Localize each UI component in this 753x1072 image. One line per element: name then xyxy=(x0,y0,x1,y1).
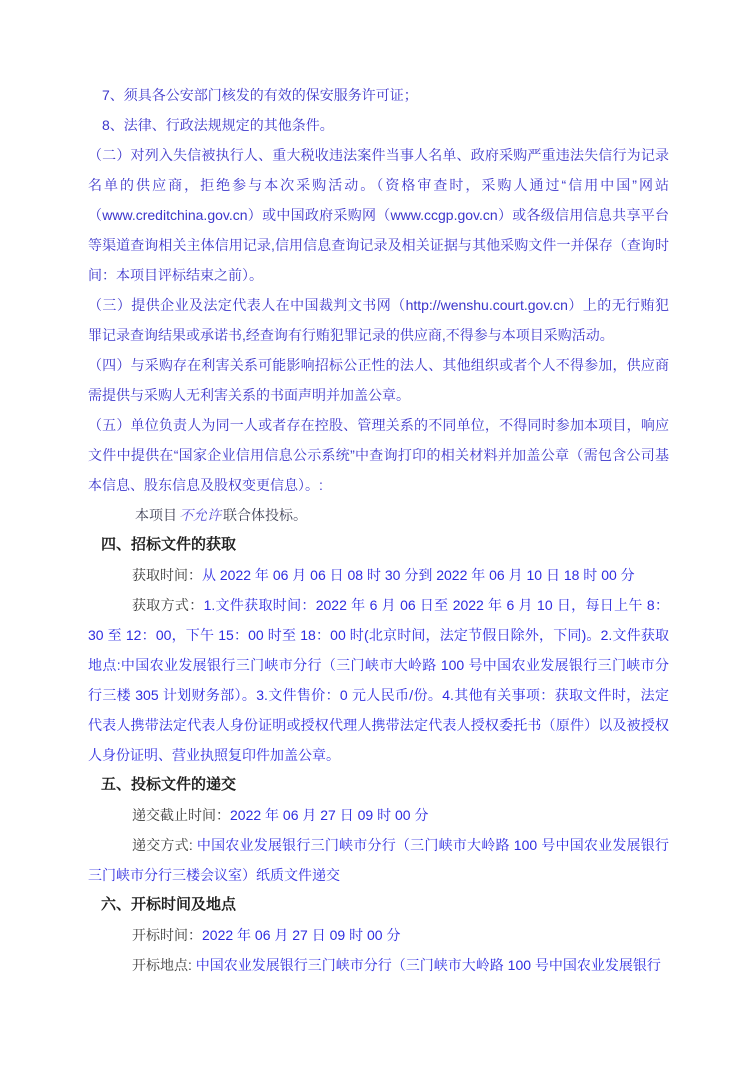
acquisition-time-label: 获取时间： xyxy=(132,567,202,583)
submission-deadline-line: 递交截止时间：2022 年 06 月 27 日 09 时 00 分 xyxy=(88,800,669,830)
clause-credit-check: （二）对列入失信被执行人、重大税收违法案件当事人名单、政府采购严重违法失信行为记… xyxy=(88,140,669,290)
opening-time-line: 开标时间：2022 年 06 月 27 日 09 时 00 分 xyxy=(88,920,669,950)
document-page: 7、须具各公安部门核发的有效的保安服务许可证； 8、法律、行政法规规定的其他条件… xyxy=(0,0,753,1072)
opening-time-value: 2022 年 06 月 27 日 09 时 00 分 xyxy=(202,927,400,943)
clause-7: 7、须具各公安部门核发的有效的保安服务许可证； xyxy=(88,80,669,110)
acquisition-method-value: 1.文件获取时间：2022 年 6 月 06 日至 2022 年 6 月 10 … xyxy=(88,597,669,763)
acquisition-time-line: 获取时间：从 2022 年 06 月 06 日 08 时 30 分到 2022 … xyxy=(88,560,669,590)
joint-bid-prefix: 本项目 xyxy=(135,507,177,523)
opening-place-line: 开标地点: 中国农业发展银行三门峡市分行（三门峡市大岭路 100 号中国农业发展… xyxy=(88,950,669,980)
document-content: 7、须具各公安部门核发的有效的保安服务许可证； 8、法律、行政法规规定的其他条件… xyxy=(88,80,669,980)
joint-bid-restriction: 本项目不允许联合体投标。 xyxy=(88,500,669,530)
section-heading-opening: 六、开标时间及地点 xyxy=(88,890,669,920)
clause-bribery-record: （三）提供企业及法定代表人在中国裁判文书网（http://wenshu.cour… xyxy=(88,290,669,350)
submission-method-paragraph: 递交方式: 中国农业发展银行三门峡市分行（三门峡市大岭路 100 号中国农业发展… xyxy=(88,830,669,890)
acquisition-method-paragraph: 获取方式：1.文件获取时间：2022 年 6 月 06 日至 2022 年 6 … xyxy=(88,590,669,770)
acquisition-time-value: 从 2022 年 06 月 06 日 08 时 30 分到 2022 年 06 … xyxy=(202,567,635,583)
section-heading-acquisition: 四、招标文件的获取 xyxy=(88,530,669,560)
opening-place-label: 开标地点: xyxy=(132,957,192,973)
submission-deadline-value: 2022 年 06 月 27 日 09 时 00 分 xyxy=(230,807,428,823)
submission-deadline-label: 递交截止时间： xyxy=(132,807,230,823)
clause-8: 8、法律、行政法规规定的其他条件。 xyxy=(88,110,669,140)
joint-bid-suffix: 联合体投标。 xyxy=(223,507,307,523)
submission-method-label: 递交方式: xyxy=(132,837,193,853)
acquisition-method-label: 获取方式： xyxy=(132,597,204,613)
opening-time-label: 开标时间： xyxy=(132,927,202,943)
section-heading-submission: 五、投标文件的递交 xyxy=(88,770,669,800)
clause-conflict-of-interest: （四）与采购存在利害关系可能影响招标公正性的法人、其他组织或者个人不得参加，供应… xyxy=(88,350,669,410)
opening-place-value: 中国农业发展银行三门峡市分行（三门峡市大岭路 100 号中国农业发展银行 xyxy=(196,957,661,973)
joint-bid-not-allowed: 不允许 xyxy=(177,507,223,523)
clause-same-controller: （五）单位负责人为同一人或者存在控股、管理关系的不同单位，不得同时参加本项目，响… xyxy=(88,410,669,500)
